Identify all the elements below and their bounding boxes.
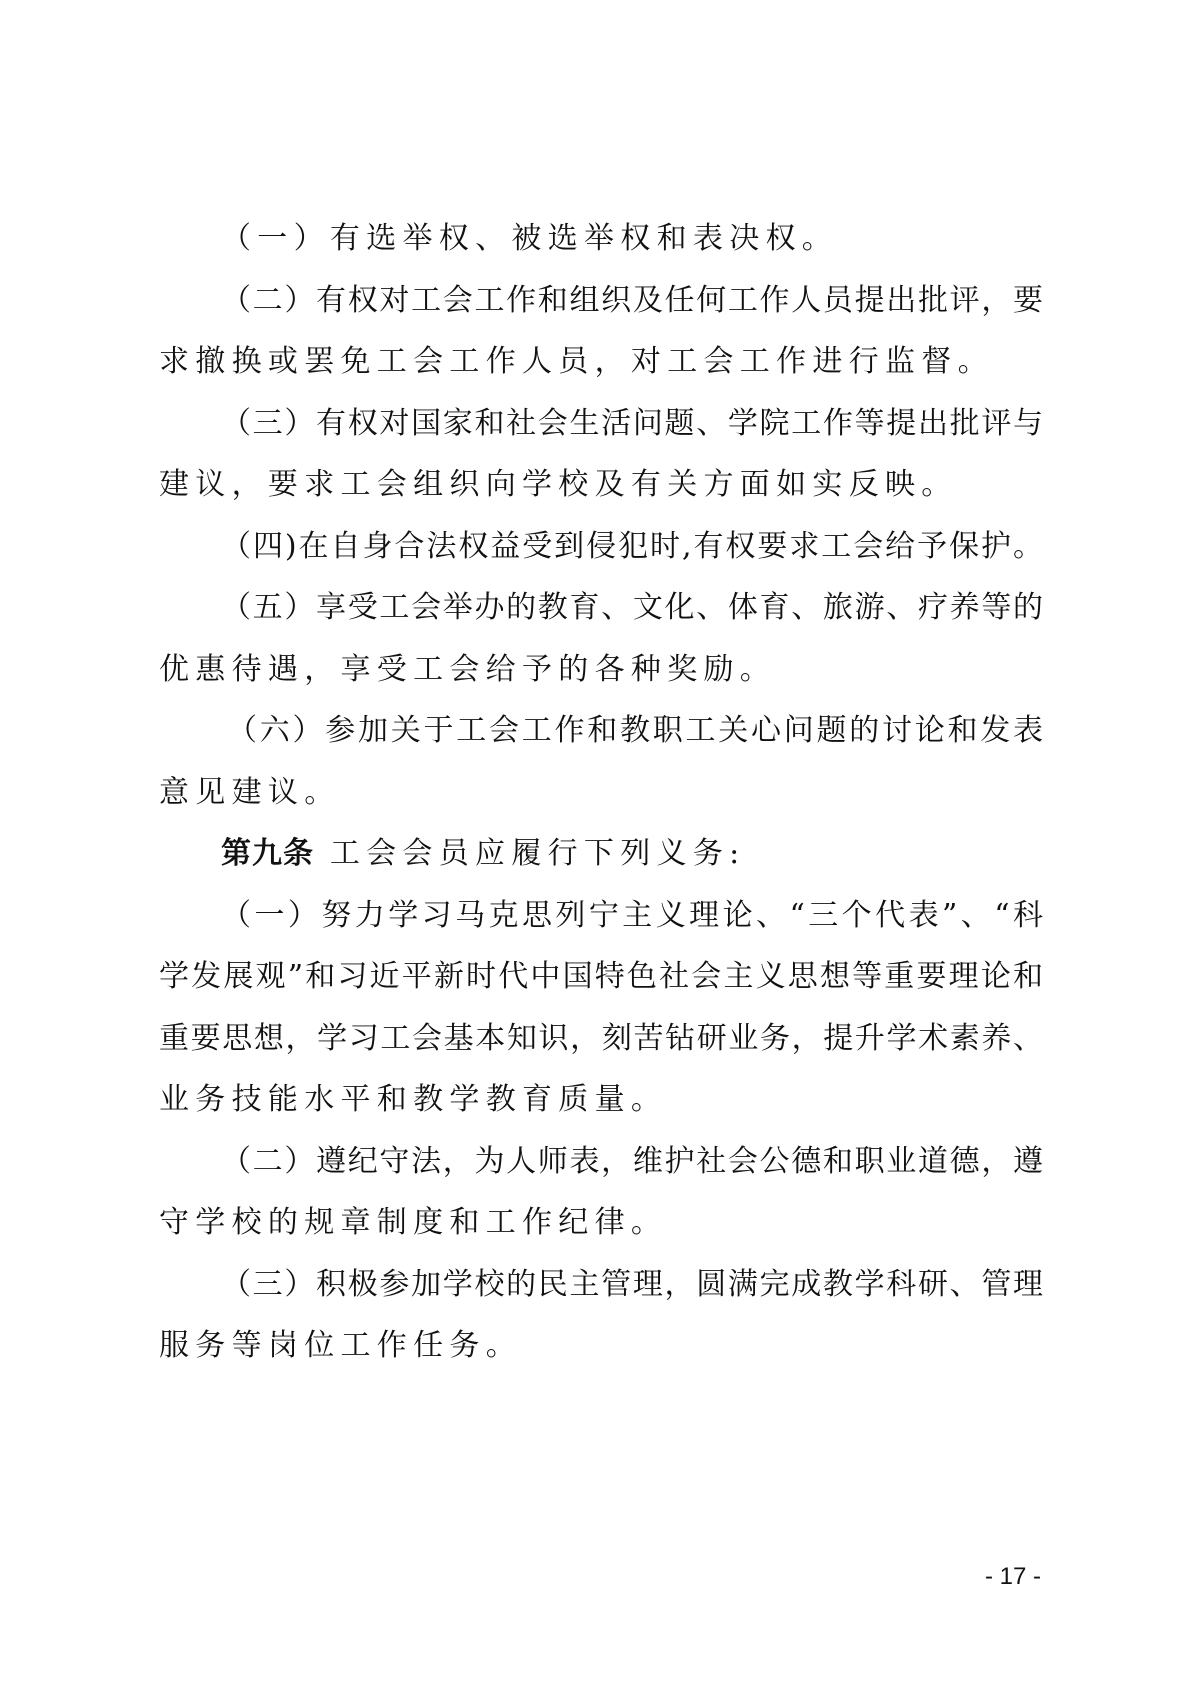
duty-item-2: （二）遵纪守法，为人师表，维护社会公德和职业道德，遵	[159, 1141, 1043, 1203]
document-body: （一）有选举权、被选举权和表决权。 （二）有权对工会工作和组织及任何工作人员提出…	[159, 218, 1043, 1387]
duty-item-3-cont: 服务等岗位工作任务。	[159, 1325, 1043, 1387]
article-nine: 第九条 工会会员应履行下列义务:	[159, 833, 1043, 895]
right-item-2-cont: 求撤换或罢免工会工作人员，对工会工作进行监督。	[159, 341, 1043, 403]
right-item-2: （二）有权对工会工作和组织及任何工作人员提出批评，要	[159, 280, 1043, 342]
right-item-6-cont: 意见建议。	[159, 772, 1043, 834]
duty-item-1-cont-1: 学发展观”和习近平新时代中国特色社会主义思想等重要理论和	[159, 956, 1043, 1018]
duty-item-1-cont-3: 业务技能水平和教学教育质量。	[159, 1079, 1043, 1141]
duty-item-1-cont-2: 重要思想，学习工会基本知识，刻苦钻研业务，提升学术素养、	[159, 1018, 1043, 1080]
duty-item-3: （三）积极参加学校的民主管理，圆满完成教学科研、管理	[159, 1264, 1043, 1326]
right-item-1: （一）有选举权、被选举权和表决权。	[159, 218, 1043, 280]
duty-item-1: （一）努力学习马克思列宁主义理论、“三个代表”、“科	[159, 895, 1043, 957]
article-intro: 工会会员应履行下列义务:	[314, 836, 746, 871]
right-item-3: （三）有权对国家和社会生活问题、学院工作等提出批评与	[159, 403, 1043, 465]
right-item-6: （六）参加关于工会工作和教职工关心问题的讨论和发表	[159, 710, 1043, 772]
article-heading: 第九条	[221, 836, 314, 871]
right-item-3-cont: 建议，要求工会组织向学校及有关方面如实反映。	[159, 464, 1043, 526]
page-number: - 17 -	[985, 1563, 1041, 1591]
duty-item-2-cont: 守学校的规章制度和工作纪律。	[159, 1202, 1043, 1264]
right-item-4: （四)在自身合法权益受到侵犯时,有权要求工会给予保护。	[159, 526, 1043, 588]
document-page: （一）有选举权、被选举权和表决权。 （二）有权对工会工作和组织及任何工作人员提出…	[0, 0, 1191, 1684]
right-item-5-cont: 优惠待遇，享受工会给予的各种奖励。	[159, 649, 1043, 711]
right-item-5: （五）享受工会举办的教育、文化、体育、旅游、疗养等的	[159, 587, 1043, 649]
